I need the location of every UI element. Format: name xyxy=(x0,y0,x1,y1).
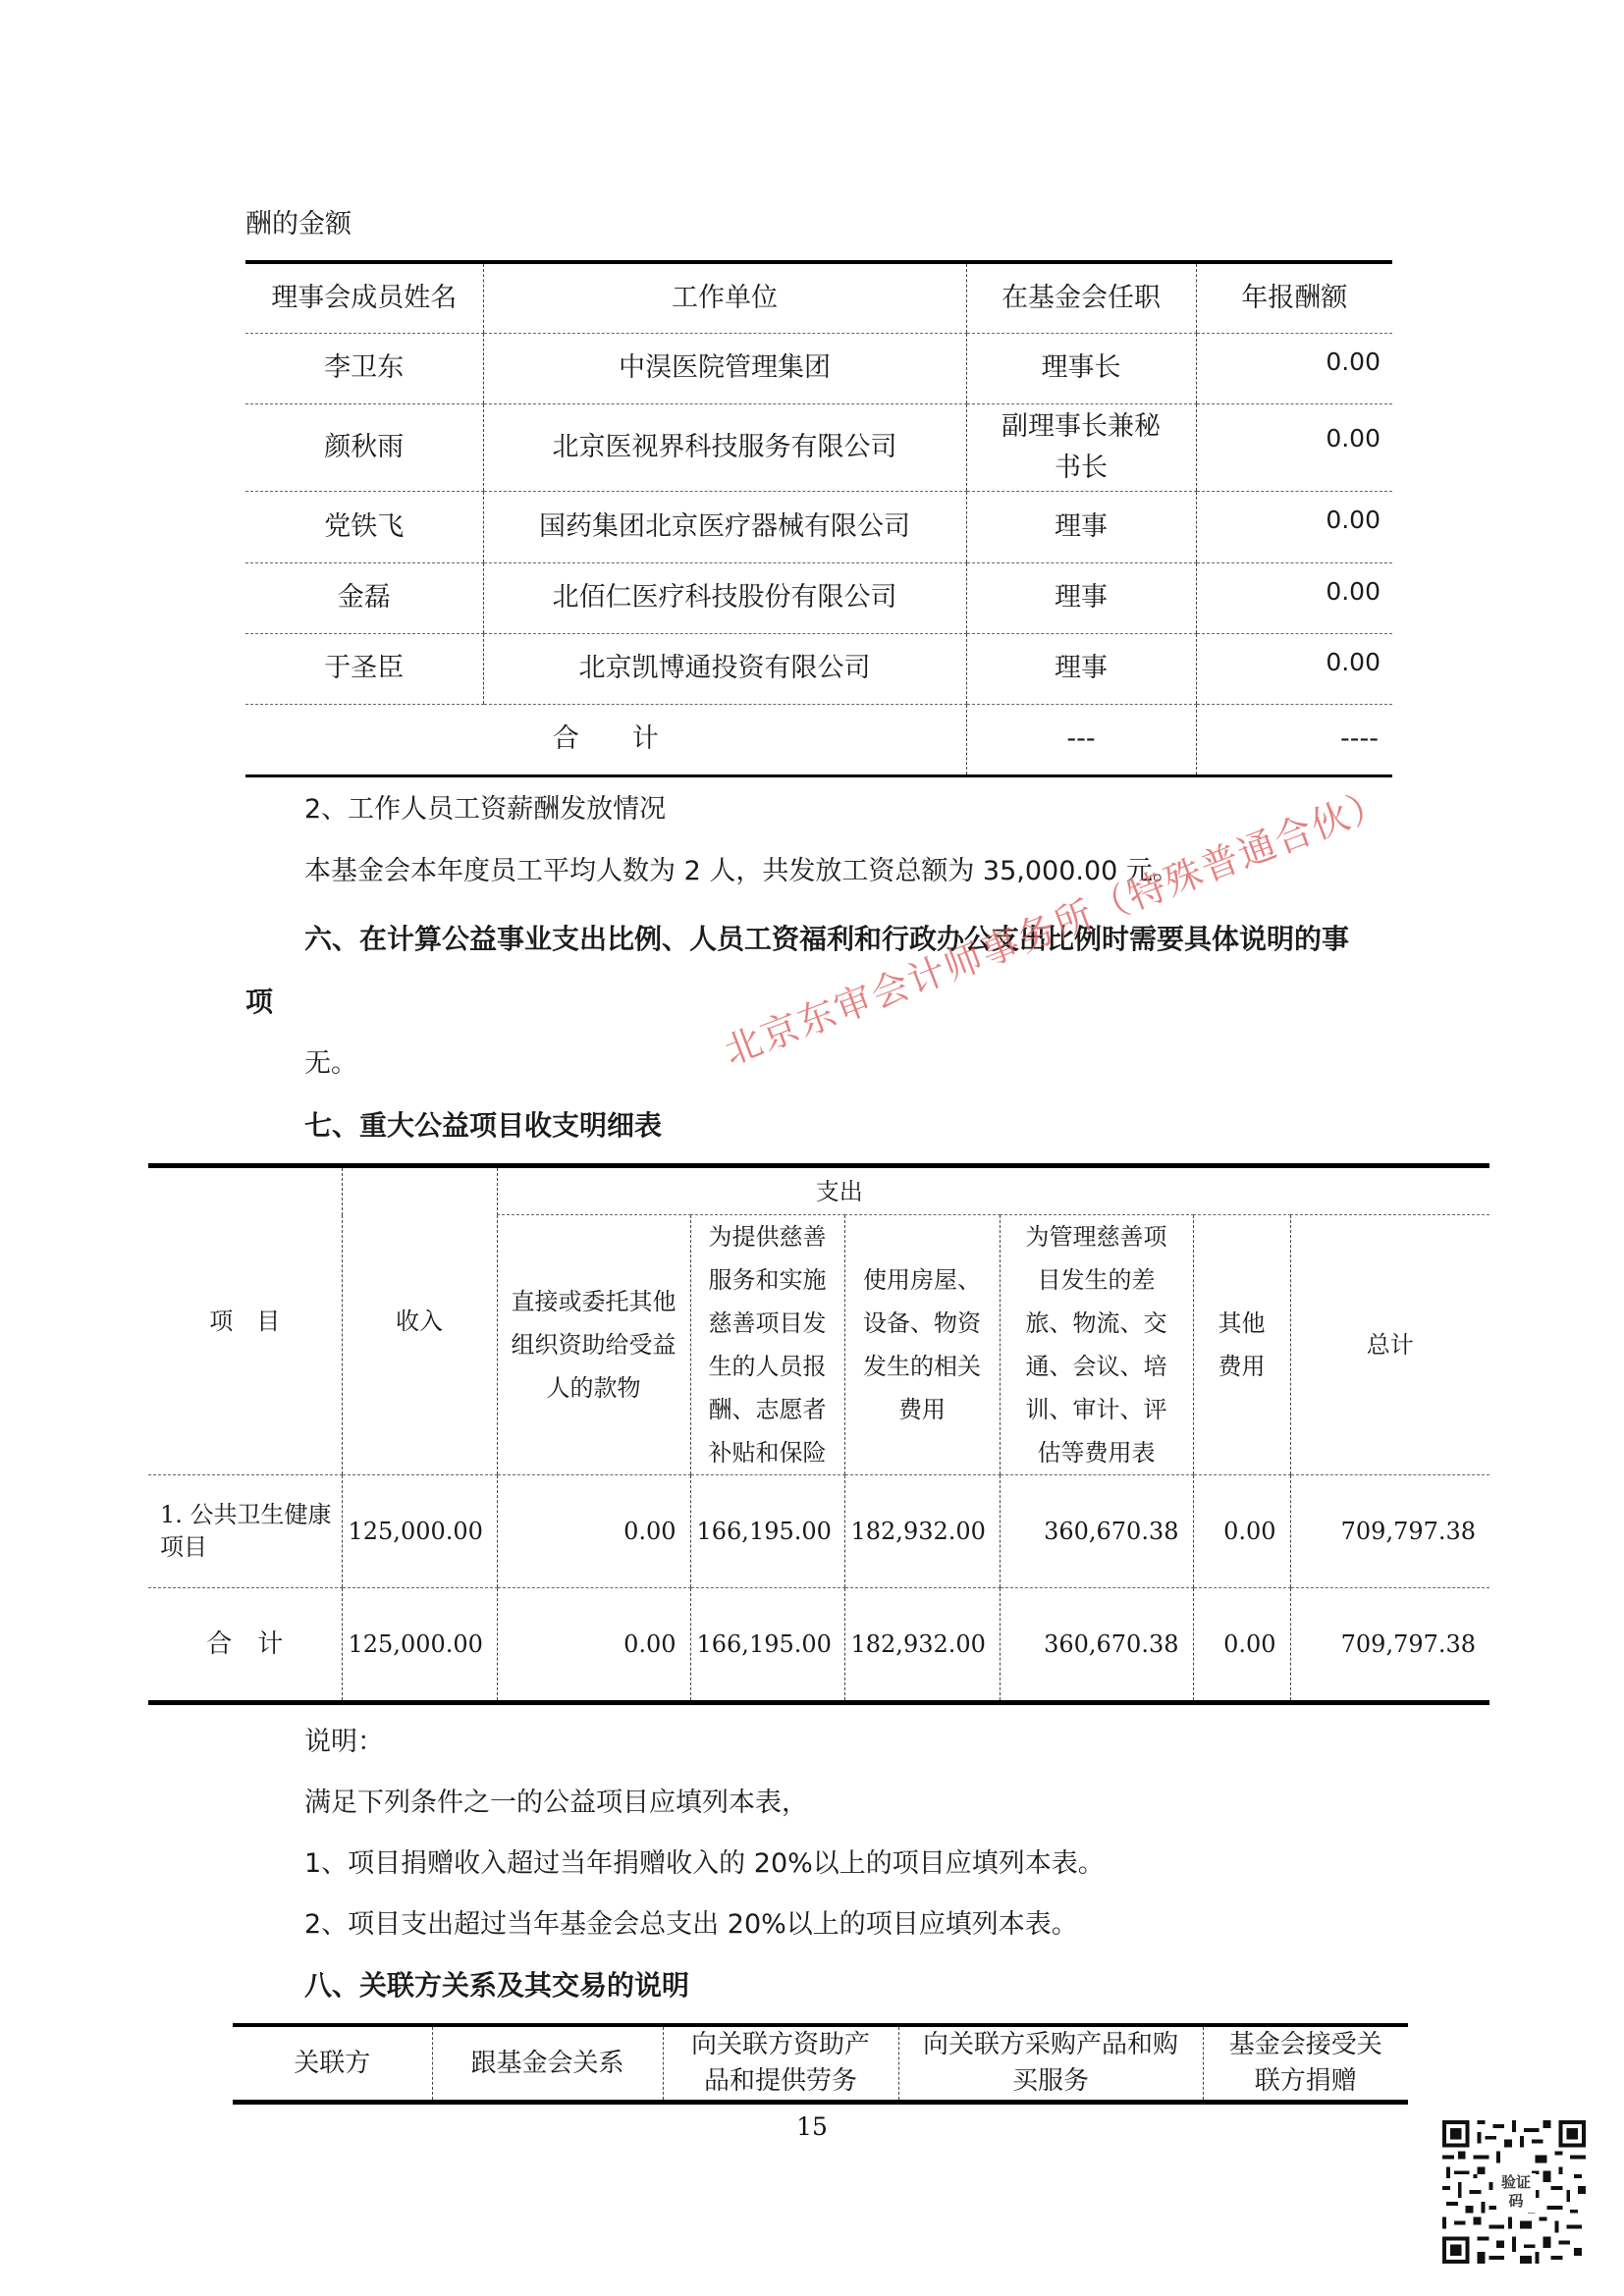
header-staff-pay: 为提供慈善服务和实施慈善项目发生的人员报酬、志愿者补贴和保险 xyxy=(690,1215,844,1475)
header-work-unit: 工作单位 xyxy=(483,262,966,333)
header-purchases: 向关联方采购产品和购买服务 xyxy=(898,2025,1203,2103)
header-item: 项 目 xyxy=(148,1166,342,1475)
header-position: 在基金会任职 xyxy=(966,262,1196,333)
header-management-cost: 为管理慈善项目发生的差旅、物流、交通、会议、培训、审计、评估等费用表 xyxy=(1000,1215,1193,1475)
header-related-party: 关联方 xyxy=(233,2025,432,2103)
income: 125,000.00 xyxy=(342,1588,497,1703)
annual-pay: 0.00 xyxy=(1196,562,1392,633)
header-other-cost: 其他费用 xyxy=(1193,1215,1290,1475)
staff-pay: 166,195.00 xyxy=(690,1588,844,1703)
other-cost: 0.00 xyxy=(1193,1475,1290,1588)
page-number: 15 xyxy=(0,2112,1624,2141)
direct-aid: 0.00 xyxy=(497,1588,690,1703)
related-party-table: 关联方 跟基金会关系 向关联方资助产品和提供劳务 向关联方采购产品和购买服务 基… xyxy=(233,2023,1408,2105)
income: 125,000.00 xyxy=(342,1475,497,1588)
position: 副理事长兼秘书长 xyxy=(966,403,1196,491)
section6-title-cont: 项 xyxy=(245,986,273,1019)
project-name: 1. 公共卫生健康项目 xyxy=(148,1475,342,1588)
header-donations-received: 基金会接受关联方捐赠 xyxy=(1203,2025,1408,2103)
member-name: 党铁飞 xyxy=(245,491,483,562)
header-income: 收入 xyxy=(342,1166,497,1475)
direct-aid: 0.00 xyxy=(497,1475,690,1588)
facility-cost: 182,932.00 xyxy=(844,1588,1000,1703)
member-name: 金磊 xyxy=(245,562,483,633)
table-header-row: 项 目 收入 支出 xyxy=(148,1166,1489,1215)
header-total: 总计 xyxy=(1290,1215,1489,1475)
total: 709,797.38 xyxy=(1290,1588,1489,1703)
section7-title: 七、重大公益项目收支明细表 xyxy=(304,1109,662,1143)
section8-title: 八、关联方关系及其交易的说明 xyxy=(304,1969,689,2002)
management-cost: 360,670.38 xyxy=(1000,1475,1193,1588)
staff-pay: 166,195.00 xyxy=(690,1475,844,1588)
total-amount: ---- xyxy=(1196,704,1392,775)
header-annual-pay: 年报酬额 xyxy=(1196,262,1392,333)
position: 理事 xyxy=(966,562,1196,633)
work-unit: 北京凯博通投资有限公司 xyxy=(483,633,966,704)
work-unit: 中淏医院管理集团 xyxy=(483,333,966,403)
total-position: --- xyxy=(966,704,1196,775)
table-header-row: 理事会成员姓名 工作单位 在基金会任职 年报酬额 xyxy=(245,262,1392,333)
member-name: 于圣臣 xyxy=(245,633,483,704)
work-unit: 国药集团北京医疗器械有限公司 xyxy=(483,491,966,562)
table-header-row: 关联方 跟基金会关系 向关联方资助产品和提供劳务 向关联方采购产品和购买服务 基… xyxy=(233,2025,1408,2103)
member-name: 颜秋雨 xyxy=(245,403,483,491)
intro-line: 酬的金额 xyxy=(245,208,352,241)
table-row: 颜秋雨 北京医视界科技服务有限公司 副理事长兼秘书长 0.00 xyxy=(245,403,1392,491)
table-row: 1. 公共卫生健康项目 125,000.00 0.00 166,195.00 1… xyxy=(148,1475,1489,1588)
notes-title: 说明： xyxy=(304,1726,384,1759)
section2-body: 本基金会本年度员工平均人数为 2 人，共发放工资总额为 35,000.00 元。 xyxy=(304,855,1179,888)
notes-line1: 满足下列条件之一的公益项目应填列本表， xyxy=(304,1787,808,1820)
member-name: 李卫东 xyxy=(245,333,483,403)
position: 理事 xyxy=(966,633,1196,704)
annual-pay: 0.00 xyxy=(1196,333,1392,403)
header-member-name: 理事会成员姓名 xyxy=(245,262,483,333)
position: 理事长 xyxy=(966,333,1196,403)
annual-pay: 0.00 xyxy=(1196,633,1392,704)
table-row: 党铁飞 国药集团北京医疗器械有限公司 理事 0.00 xyxy=(245,491,1392,562)
verification-qr-code[interactable]: 验证码 xyxy=(1441,2120,1587,2264)
header-expense-group: 支出 xyxy=(497,1166,1489,1215)
board-remuneration-table: 理事会成员姓名 工作单位 在基金会任职 年报酬额 李卫东 中淏医院管理集团 理事… xyxy=(245,260,1392,777)
position: 理事 xyxy=(966,491,1196,562)
table-row: 于圣臣 北京凯博通投资有限公司 理事 0.00 xyxy=(245,633,1392,704)
major-project-table: 项 目 收入 支出 直接或委托其他组织资助给受益人的款物 为提供慈善服务和实施慈… xyxy=(148,1163,1489,1705)
notes-line2: 1、项目捐赠收入超过当年捐赠收入的 20%以上的项目应填列本表。 xyxy=(304,1847,1105,1881)
total-label: 合 计 xyxy=(245,704,966,775)
table-row: 金磊 北佰仁医疗科技股份有限公司 理事 0.00 xyxy=(245,562,1392,633)
work-unit: 北佰仁医疗科技股份有限公司 xyxy=(483,562,966,633)
table-total-row: 合 计 --- ---- xyxy=(245,704,1392,775)
management-cost: 360,670.38 xyxy=(1000,1588,1193,1703)
table-total-row: 合 计 125,000.00 0.00 166,195.00 182,932.0… xyxy=(148,1588,1489,1703)
notes-line3: 2、项目支出超过当年基金会总支出 20%以上的项目应填列本表。 xyxy=(304,1908,1078,1942)
header-relationship: 跟基金会关系 xyxy=(432,2025,663,2103)
total-label: 合 计 xyxy=(148,1588,342,1703)
header-facility-cost: 使用房屋、设备、物资发生的相关费用 xyxy=(844,1215,1000,1475)
header-funding-provided: 向关联方资助产品和提供劳务 xyxy=(663,2025,898,2103)
qr-center-label: 验证码 xyxy=(1496,2173,1536,2213)
work-unit: 北京医视界科技服务有限公司 xyxy=(483,403,966,491)
total: 709,797.38 xyxy=(1290,1475,1489,1588)
header-direct-aid: 直接或委托其他组织资助给受益人的款物 xyxy=(497,1215,690,1475)
table-row: 李卫东 中淏医院管理集团 理事长 0.00 xyxy=(245,333,1392,403)
section6-title: 六、在计算公益事业支出比例、人员工资福利和行政办公支出比例时需要具体说明的事 xyxy=(304,923,1349,956)
section6-body: 无。 xyxy=(304,1047,357,1081)
annual-pay: 0.00 xyxy=(1196,491,1392,562)
facility-cost: 182,932.00 xyxy=(844,1475,1000,1588)
other-cost: 0.00 xyxy=(1193,1588,1290,1703)
section2-title: 2、工作人员工资薪酬发放情况 xyxy=(304,793,666,827)
annual-pay: 0.00 xyxy=(1196,403,1392,491)
